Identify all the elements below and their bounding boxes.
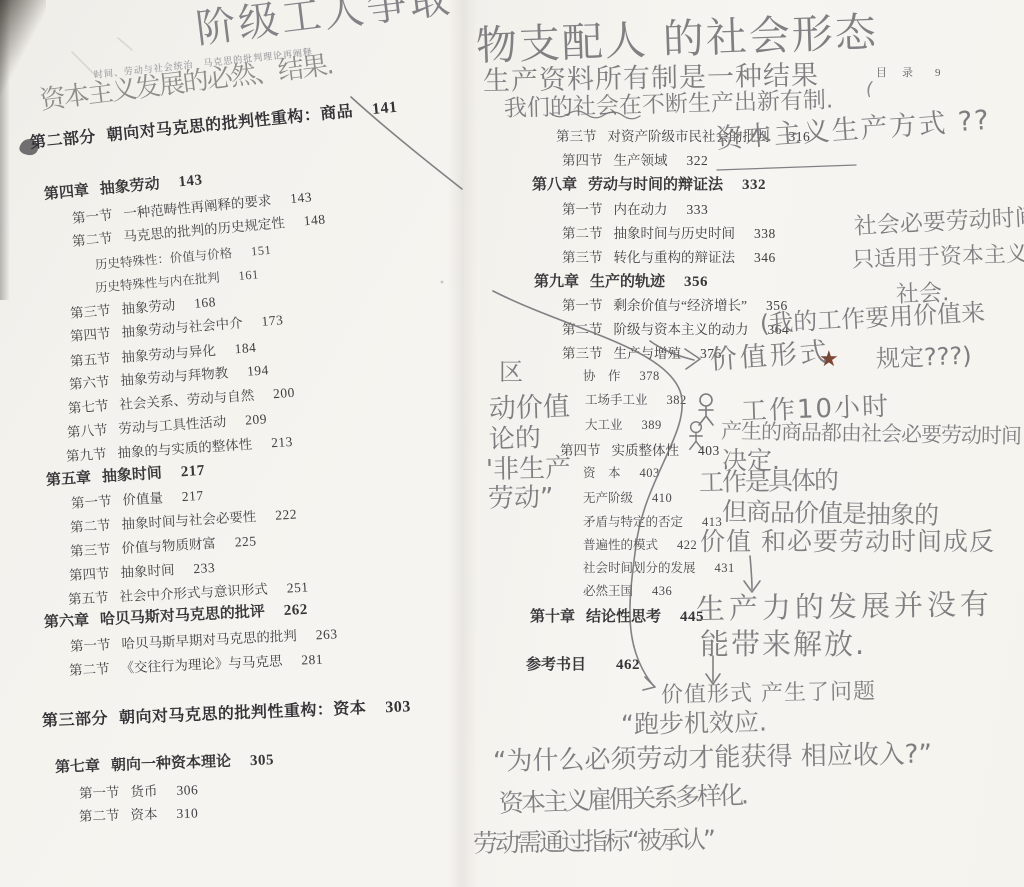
handwritten-note: 工作是具体的 <box>699 468 837 495</box>
toc-entry-title: 抽象时间 <box>101 462 162 487</box>
handwritten-note-text: “跑步机效应. <box>621 707 767 739</box>
toc-entry-title: 价值量 <box>122 486 164 508</box>
handwritten-note: 但商品价值是抽象的 <box>722 499 938 528</box>
toc-entry-page: 389 <box>642 418 662 433</box>
toc-entry: 第九章 生产的轨迹 356 <box>534 270 708 291</box>
toc-entry-title: 普遍性的模式 <box>583 535 658 553</box>
toc-entry: 第三节 生产与增殖 376 <box>562 342 722 362</box>
handwritten-note-text: 劳动” <box>488 483 554 514</box>
toc-entry-title: 大工业 <box>585 415 623 433</box>
toc-entry-label: 第二节 <box>71 226 113 250</box>
toc-entry-page: 332 <box>742 177 766 194</box>
handwritten-note: “跑步机效应. <box>621 709 767 737</box>
toc-entry-page: 194 <box>247 362 270 380</box>
handwritten-note: 论的 <box>489 425 542 453</box>
toc-entry-page: 305 <box>250 752 275 770</box>
handwritten-note-text: 生产力的发展并没有 <box>696 587 994 626</box>
toc-entry-page: 306 <box>176 782 198 799</box>
toc-entry: 无产阶级 410 <box>583 488 672 506</box>
toc-entry-label: 第二节 <box>69 514 111 536</box>
handwritten-note: “为什么必须劳动才能获得 相应收入?” <box>493 741 932 775</box>
toc-entry-page: 403 <box>640 466 660 481</box>
toc-entry-label: 第五节 <box>69 347 111 370</box>
toc-entry-page: 151 <box>250 243 271 260</box>
toc-entry-title: 剩余价值与“经济增长” <box>614 294 747 314</box>
toc-entry-label: 第三节 <box>556 125 597 145</box>
handwritten-note: 产生的商品都由社会必要劳动时间 <box>721 421 1021 447</box>
page-gutter <box>448 0 478 887</box>
toc-entry: 第一节 剩余价值与“经济增长” 356 <box>562 294 788 314</box>
toc-entry-label: 第四节 <box>69 322 111 345</box>
toc-entry: 工场手工业 382 <box>585 390 687 408</box>
toc-entry-title: 无产阶级 <box>583 488 633 506</box>
toc-entry-page: 222 <box>275 506 298 523</box>
toc-entry-label: 参考书目 <box>526 653 586 674</box>
toc-entry-page: 281 <box>301 652 323 669</box>
toc-entry: 普遍性的模式 422 <box>583 535 697 553</box>
toc-entry-label: 第九节 <box>65 442 107 465</box>
toc-entry: 第三节 转化与重构的辩证法 346 <box>562 246 776 266</box>
toc-entry-page: 436 <box>652 584 672 599</box>
toc-entry-title: 矛盾与特定的否定 <box>583 512 683 530</box>
handwritten-note-text: 但商品价值是抽象的 <box>722 497 938 530</box>
toc-entry-label: 第一节 <box>70 633 111 655</box>
handwritten-note-text: 工作是具体的 <box>699 466 838 497</box>
toc-entry-page: 148 <box>303 212 326 230</box>
toc-entry-page: 431 <box>715 561 735 576</box>
toc-entry-label: 第四章 <box>43 179 90 204</box>
toc-entry-page: 262 <box>283 602 308 620</box>
toc-entry-title: 必然王国 <box>583 581 633 599</box>
toc-entry-page: 173 <box>261 312 284 330</box>
toc-entry-page: 143 <box>290 189 313 207</box>
toc-entry: 社会时间划分的发展 431 <box>583 558 735 576</box>
toc-entry-title: 生产与增殖 <box>614 342 682 362</box>
handwritten-note-text: 动价值 <box>488 391 570 425</box>
handwritten-note-text: 论的 <box>488 423 541 455</box>
toc-entry-label: 第七章 <box>55 754 101 777</box>
toc-entry: 第一节 内在动力 333 <box>562 198 708 218</box>
toc-entry-label: 第一节 <box>70 490 112 512</box>
toc-entry-page: 303 <box>385 698 411 717</box>
toc-entry-label: 第一节 <box>562 294 603 314</box>
toc-entry-label: 第四节 <box>68 562 110 584</box>
toc-entry-title: 资 本 <box>583 463 621 481</box>
toc-entry-label: 第四节 <box>562 149 603 169</box>
toc-entry-title: 内在动力 <box>614 198 668 218</box>
book-toc-photo: 时间、劳动与社会统治 马克思的批判理论再阐释 目 录9 第二部分 朝向对马克思的… <box>0 0 1024 887</box>
toc-entry: 第八章 劳动与时间的辩证法 332 <box>532 173 766 194</box>
toc-entry-label: 第八节 <box>66 418 108 441</box>
toc-entry-label: 第六节 <box>68 370 110 393</box>
toc-entry: 必然王国 436 <box>583 581 672 599</box>
handwritten-note-text: 价值 和必要劳动时间成反 <box>700 527 995 556</box>
toc-entry-title: 工场手工业 <box>585 390 648 408</box>
running-header-title: 目 录 <box>876 67 915 79</box>
toc-entry: 大工业 389 <box>585 415 662 433</box>
toc-entry-label: 第二节 <box>562 318 603 338</box>
toc-entry-page: 200 <box>273 385 296 403</box>
handwritten-note: 区 <box>499 360 523 384</box>
handwritten-note-text: 劳动需通过指标“被承认” <box>473 825 713 858</box>
toc-entry-title: 资本 <box>130 803 158 824</box>
toc-entry-title: 实质整体性 <box>612 439 680 459</box>
toc-entry-label: 第五节 <box>67 586 108 608</box>
toc-entry: 资 本 403 <box>583 463 660 481</box>
toc-entry-page: 263 <box>315 626 337 643</box>
stick-figure-icon <box>684 420 708 452</box>
toc-entry: 第二节 阶级与资本主义的动力 364 <box>562 318 789 338</box>
handwritten-note: 劳动” <box>488 485 554 512</box>
toc-entry-label: 第三节 <box>69 299 111 322</box>
toc-entry-title: 生产的轨迹 <box>590 270 665 291</box>
toc-entry: 第一节 货币 306 <box>79 778 199 802</box>
handwritten-note: '非生产 <box>486 456 572 483</box>
handwritten-note: ★ <box>819 349 839 371</box>
toc-entry-page: 143 <box>178 172 203 191</box>
toc-entry-title: 生产领域 <box>614 149 668 169</box>
handwritten-note: 价值形式 <box>709 339 831 374</box>
handwritten-note: 只适用于资本主义 <box>852 244 1024 272</box>
toc-entry-page: 161 <box>238 267 259 284</box>
handwritten-note: 劳动需通过指标“被承认” <box>473 827 713 856</box>
toc-entry-page: 168 <box>194 294 217 312</box>
handwritten-note: 动价值 <box>489 393 571 423</box>
toc-entry-page: 310 <box>176 805 198 822</box>
handwritten-note: 规定???) <box>876 344 972 371</box>
running-header-right: 目 录9 <box>876 64 941 80</box>
toc-entry-title: 结论性思考 <box>586 605 661 626</box>
toc-entry-label: 第八章 <box>532 173 577 194</box>
handwritten-note-text: 规定???) <box>876 342 972 373</box>
toc-entry-title: 协 作 <box>583 366 621 384</box>
toc-entry-page: 184 <box>234 340 257 358</box>
handwritten-note: 价值形式 产生了问题 <box>661 681 876 707</box>
toc-entry-label: 第七节 <box>67 394 109 417</box>
toc-entry-page: 356 <box>684 274 708 291</box>
toc-entry-page: 251 <box>286 579 309 596</box>
toc-entry-page: 346 <box>754 250 776 266</box>
handwritten-note-text: 区 <box>499 358 523 386</box>
toc-entry-page: 213 <box>271 434 294 451</box>
toc-entry-page: 378 <box>640 369 660 384</box>
toc-entry-page: 217 <box>180 463 205 482</box>
toc-entry-label: 第一节 <box>71 203 113 227</box>
toc-entry-page: 338 <box>754 226 776 242</box>
toc-entry-label: 第二节 <box>79 804 120 825</box>
toc-entry-label: 第三部分 <box>42 705 109 731</box>
toc-entry-title: 朝向一种资本理论 <box>111 750 232 775</box>
handwritten-note-text: 价值形式 产生了问题 <box>661 679 876 708</box>
toc-entry-label: 第二节 <box>69 657 110 679</box>
toc-entry-title: 货币 <box>130 779 158 800</box>
toc-entry-label: 第一节 <box>562 198 603 218</box>
toc-entry-title: 社会时间划分的发展 <box>583 558 696 576</box>
toc-entry-title: 抽象时间 <box>120 558 175 581</box>
toc-entry-title: 转化与重构的辩证法 <box>614 246 736 266</box>
toc-entry-label: 第一节 <box>79 781 120 802</box>
handwritten-note: 价值 和必要劳动时间成反 <box>700 529 995 554</box>
toc-entry: 第四节 生产领域 322 <box>562 149 708 169</box>
handwritten-note: 生产力的发展并没有 <box>696 590 993 624</box>
toc-entry-label: 第五章 <box>45 466 91 490</box>
toc-entry-page: 382 <box>667 393 687 408</box>
toc-entry-label: 第三节 <box>69 538 111 560</box>
page-edge-shade <box>0 0 10 300</box>
toc-entry-page: 141 <box>371 99 398 119</box>
toc-entry-label: 第十章 <box>530 605 575 626</box>
handwritten-note-text: 能带来解放. <box>700 627 866 661</box>
toc-entry: 协 作 378 <box>583 366 660 384</box>
toc-entry-label: 第二节 <box>562 222 603 242</box>
handwritten-note-text: '非生产 <box>486 454 572 485</box>
handwritten-note-text: ★ <box>819 347 839 372</box>
page-number: 9 <box>935 67 941 79</box>
toc-entry-page: 217 <box>181 488 204 505</box>
toc-entry-label: 第九章 <box>534 270 579 291</box>
toc-entry-page: 225 <box>234 533 257 550</box>
toc-entry-page: 233 <box>193 560 216 577</box>
toc-entry: 第十章 结论性思考 445 <box>530 605 704 626</box>
toc-entry: 第二节 资本 310 <box>79 801 199 825</box>
toc-entry-title: 劳动与时间的辩证法 <box>588 173 723 194</box>
toc-entry-page: 209 <box>245 411 268 428</box>
toc-entry-title: 抽象时间与历史时间 <box>614 222 736 242</box>
toc-entry: 第二节 抽象时间与历史时间 338 <box>562 222 776 242</box>
toc-entry-label: 第三节 <box>562 342 603 362</box>
toc-entry-page: 422 <box>677 538 697 553</box>
toc-entry: 参考书目 462 <box>526 653 640 674</box>
toc-entry-page: 322 <box>687 153 709 169</box>
toc-entry-page: 462 <box>616 657 640 674</box>
toc-entry-page: 333 <box>687 202 709 218</box>
toc-entry-label: 第六章 <box>43 609 89 632</box>
toc-entry-page: 410 <box>652 491 672 506</box>
handwritten-note: 能带来解放. <box>700 630 866 659</box>
toc-entry-title: 阶级与资本主义的动力 <box>614 318 749 338</box>
toc-entry-label: 第三节 <box>562 246 603 266</box>
